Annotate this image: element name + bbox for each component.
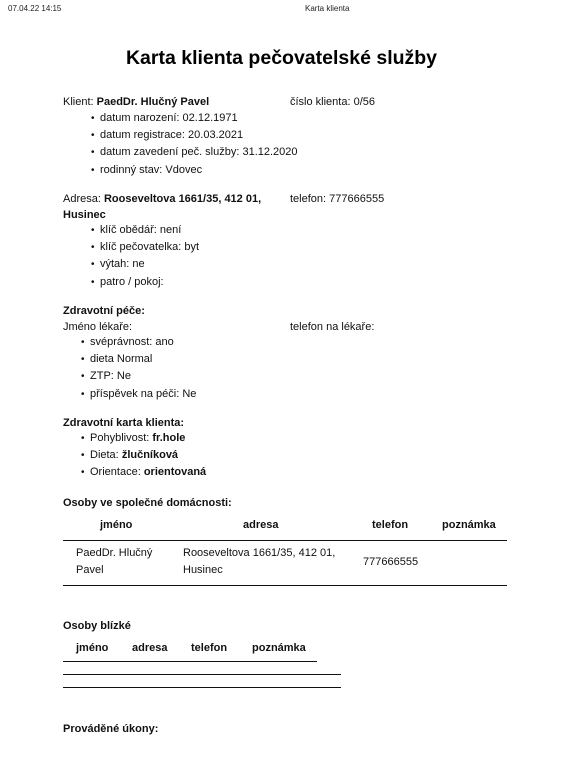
household-row-address-1: Rooseveltova 1661/35, 412 01, [183, 545, 335, 562]
list-item: datum zavedení peč. služby: 31.12.2020 [100, 144, 298, 161]
list-item: rodinný stav: Vdovec [100, 162, 298, 179]
client-name: PaedDr. Hlučný Pavel [97, 96, 210, 108]
household-col-phone: telefon [372, 517, 408, 534]
item-value: orientovaná [144, 466, 206, 478]
item-value: fr.hole [152, 432, 185, 444]
close-col-note: poznámka [252, 640, 306, 657]
client-number-label: číslo klienta: [290, 96, 351, 108]
household-row-address-2: Husinec [183, 562, 223, 579]
close-row-rule [63, 674, 341, 675]
list-item: příspěvek na péči: Ne [90, 386, 196, 403]
list-item: svéprávnost: ano [90, 334, 196, 351]
address-phone-label: telefon: [290, 193, 326, 205]
list-item: Pohyblivost: fr.hole [90, 430, 206, 447]
list-item: ZTP: Ne [90, 368, 196, 385]
household-col-address: adresa [243, 517, 278, 534]
client-number-value: 0/56 [354, 96, 375, 108]
client-label: Klient: [63, 96, 94, 108]
close-persons-heading: Osoby blízké [63, 618, 131, 635]
document-title: Karta klienta pečovatelské služby [0, 47, 563, 70]
doctor-phone-label: telefon na lékaře: [290, 319, 374, 336]
client-number: číslo klienta: 0/56 [290, 94, 375, 111]
list-item: patro / pokoj: [100, 274, 199, 291]
print-header-title: Karta klienta [305, 4, 349, 13]
health-card-list: Pohyblivost: fr.hole Dieta: žlučníková O… [90, 430, 206, 482]
list-item: výtah: ne [100, 256, 199, 273]
list-item: klíč obědář: není [100, 222, 199, 239]
address-details-list: klíč obědář: není klíč pečovatelka: byt … [100, 222, 199, 291]
close-header-rule [63, 661, 317, 662]
item-value: žlučníková [122, 449, 178, 461]
household-row-name-1: PaedDr. Hlučný [76, 545, 152, 562]
item-label: Dieta: [90, 449, 119, 461]
table-header-rule [63, 540, 507, 541]
health-care-list: svéprávnost: ano dieta Normal ZTP: Ne př… [90, 334, 196, 403]
address-phone-value: 777666555 [329, 193, 384, 205]
client-details-list: datum narození: 02.12.1971 datum registr… [100, 110, 298, 179]
client-line: Klient: PaedDr. Hlučný Pavel [63, 94, 209, 111]
household-row-name-2: Pavel [76, 562, 104, 579]
address-phone: telefon: 777666555 [290, 191, 384, 208]
close-col-name: jméno [76, 640, 108, 657]
household-heading: Osoby ve společné domácnosti: [63, 495, 232, 512]
print-datetime: 07.04.22 14:15 [8, 4, 61, 13]
household-row-phone: 777666555 [363, 554, 418, 571]
close-bottom-rule [63, 687, 341, 688]
address-line1: Rooseveltova 1661/35, 412 01, [104, 193, 261, 205]
list-item: Dieta: žlučníková [90, 447, 206, 464]
close-col-address: adresa [132, 640, 167, 657]
list-item: Orientace: orientovaná [90, 464, 206, 481]
list-item: datum narození: 02.12.1971 [100, 110, 298, 127]
household-col-name: jméno [100, 517, 132, 534]
address-line: Adresa: Rooseveltova 1661/35, 412 01, [63, 191, 261, 208]
health-care-heading: Zdravotní péče: [63, 303, 145, 320]
address-label: Adresa: [63, 193, 101, 205]
table-bottom-rule [63, 585, 507, 586]
procedures-heading: Prováděné úkony: [63, 721, 158, 738]
item-label: Orientace: [90, 466, 141, 478]
close-col-phone: telefon [191, 640, 227, 657]
list-item: dieta Normal [90, 351, 196, 368]
list-item: datum registrace: 20.03.2021 [100, 127, 298, 144]
item-label: Pohyblivost: [90, 432, 149, 444]
list-item: klíč pečovatelka: byt [100, 239, 199, 256]
household-col-note: poznámka [442, 517, 496, 534]
